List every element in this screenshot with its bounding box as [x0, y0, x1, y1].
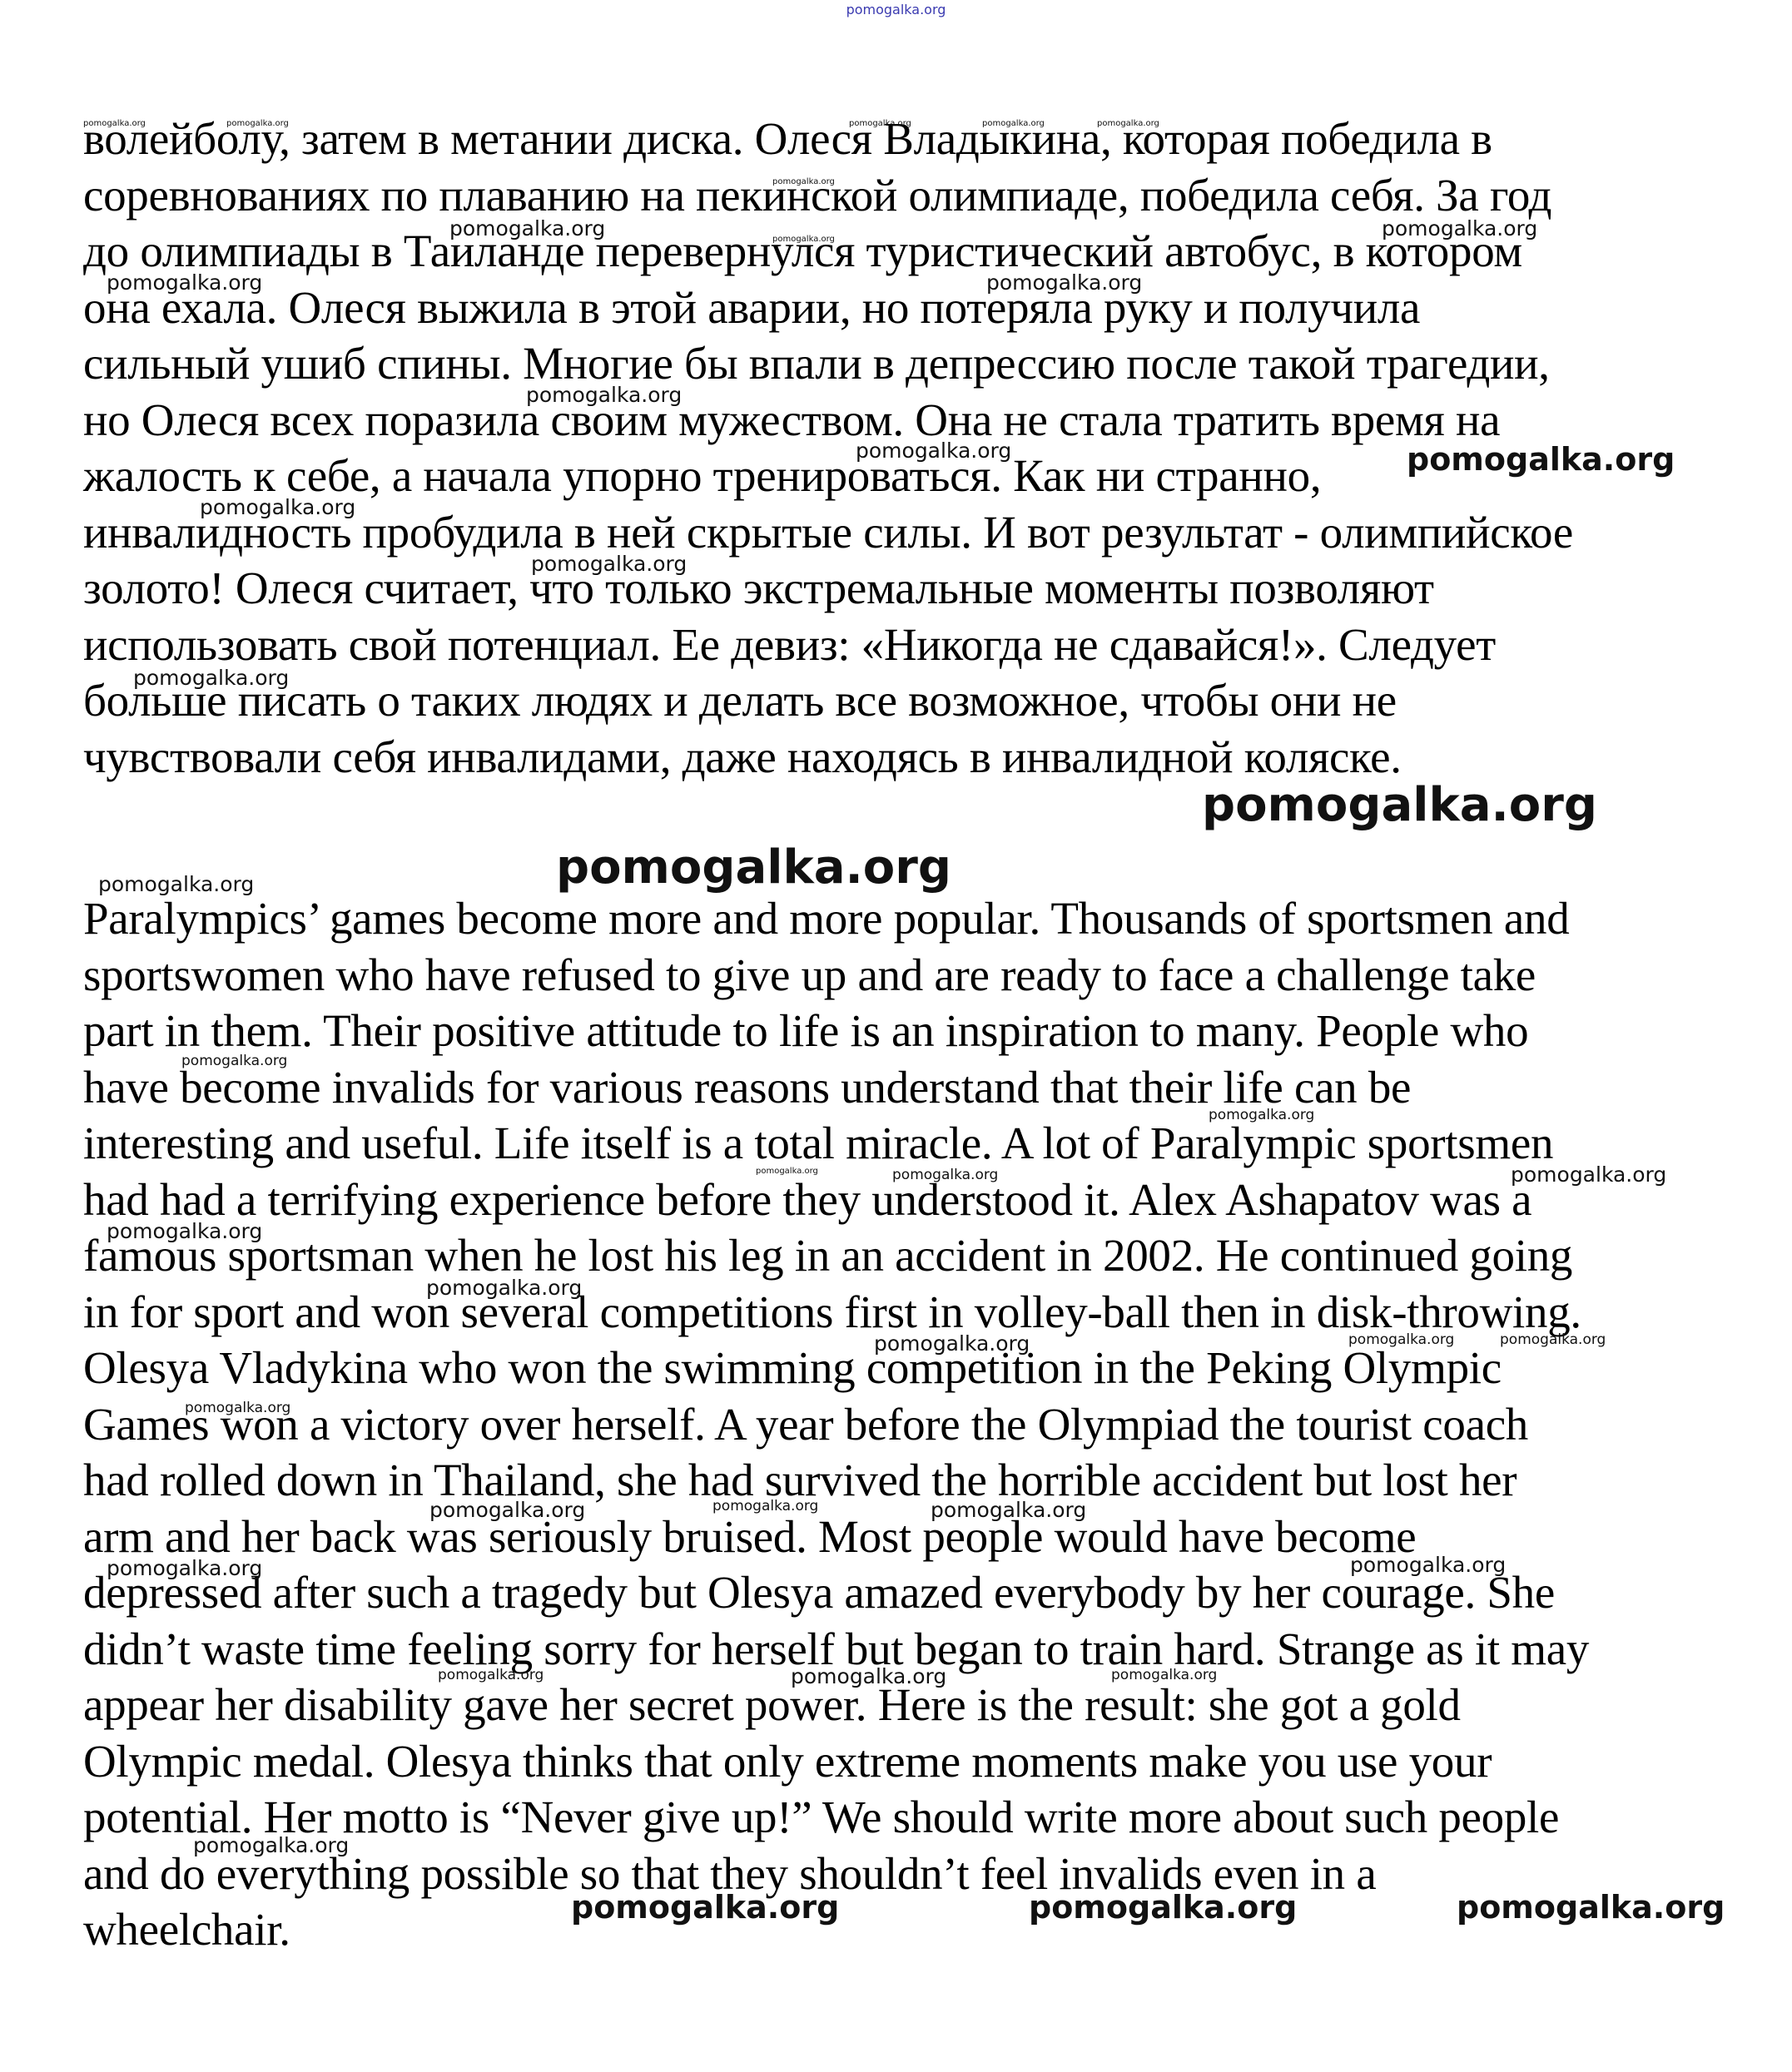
watermark: pomogalka.org — [756, 1167, 818, 1176]
text-line: использовать свой потенциал. Ее девиз: «… — [83, 617, 1756, 673]
watermark: pomogalka.org — [931, 1498, 1086, 1522]
watermark: pomogalka.org — [429, 1498, 585, 1522]
text-line: part in them. Their positive attitude to… — [83, 1003, 1756, 1059]
watermark: pomogalka.org — [98, 872, 254, 896]
watermark: pomogalka.org — [556, 840, 951, 895]
text-line: interesting and useful. Life itself is a… — [83, 1115, 1756, 1172]
watermark: pomogalka.org — [1457, 1889, 1725, 1926]
watermark: pomogalka.org — [185, 1400, 290, 1416]
watermark: pomogalka.org — [1350, 1553, 1506, 1577]
text-line: Paralympics’ games become more and more … — [83, 890, 1756, 947]
watermark: pomogalka.org — [1511, 1162, 1666, 1187]
site-watermark-top: pomogalka.org — [0, 2, 1792, 17]
text-line: волейболу, затем в метании диска. Олеся … — [83, 111, 1756, 167]
watermark: pomogalka.org — [181, 1053, 287, 1069]
watermark: pomogalka.org — [83, 119, 146, 128]
watermark: pomogalka.org — [849, 119, 911, 128]
watermark: pomogalka.org — [982, 119, 1045, 128]
text-line: соревнованиях по плаванию на пекинской о… — [83, 167, 1756, 224]
watermark: pomogalka.org — [1348, 1331, 1454, 1348]
watermark: pomogalka.org — [892, 1167, 998, 1183]
text-line: sportswomen who have refused to give up … — [83, 947, 1756, 1004]
watermark: pomogalka.org — [986, 270, 1142, 295]
text-line: сильный ушиб спины. Многие бы впали в де… — [83, 335, 1756, 392]
watermark: pomogalka.org — [1097, 119, 1159, 128]
watermark: pomogalka.org — [1500, 1331, 1606, 1348]
text-line: больше писать о таких людях и делать все… — [83, 672, 1756, 729]
text-line: Games won a victory over herself. A year… — [83, 1396, 1756, 1453]
watermark: pomogalka.org — [107, 1219, 262, 1243]
watermark: pomogalka.org — [1029, 1889, 1297, 1926]
watermark: pomogalka.org — [1209, 1107, 1314, 1123]
watermark: pomogalka.org — [193, 1833, 349, 1857]
watermark: pomogalka.org — [531, 552, 687, 576]
text-line: have become invalids for various reasons… — [83, 1059, 1756, 1116]
watermark: pomogalka.org — [133, 666, 289, 690]
text-line: она ехала. Олеся выжила в этой аварии, н… — [83, 280, 1756, 336]
watermark: pomogalka.org — [107, 270, 262, 295]
watermark: pomogalka.org — [772, 235, 835, 244]
watermark: pomogalka.org — [526, 383, 682, 407]
watermark: pomogalka.org — [438, 1667, 544, 1683]
watermark: pomogalka.org — [712, 1498, 818, 1514]
watermark: pomogalka.org — [571, 1889, 839, 1926]
watermark: pomogalka.org — [874, 1331, 1030, 1356]
english-paragraph: Paralympics’ games become more and more … — [83, 890, 1756, 1958]
watermark: pomogalka.org — [107, 1556, 262, 1580]
text-line: had rolled down in Thailand, she had sur… — [83, 1452, 1756, 1509]
watermark: pomogalka.org — [1111, 1667, 1217, 1683]
text-line: famous sportsman when he lost his leg in… — [83, 1227, 1756, 1284]
text-line: чувствовали себя инвалидами, даже находя… — [83, 729, 1756, 786]
watermark: pomogalka.org — [200, 495, 355, 519]
text-line: золото! Олеся считает, что только экстре… — [83, 560, 1756, 617]
watermark: pomogalka.org — [1202, 778, 1597, 832]
watermark: pomogalka.org — [791, 1664, 946, 1688]
watermark: pomogalka.org — [449, 216, 605, 240]
text-line: Olympic medal. Olesya thinks that only e… — [83, 1733, 1756, 1790]
watermark: pomogalka.org — [426, 1276, 582, 1300]
watermark: pomogalka.org — [226, 119, 289, 128]
watermark: pomogalka.org — [856, 439, 1011, 463]
watermark: pomogalka.org — [1382, 216, 1537, 240]
watermark: pomogalka.org — [1407, 441, 1675, 478]
watermark: pomogalka.org — [772, 177, 835, 186]
